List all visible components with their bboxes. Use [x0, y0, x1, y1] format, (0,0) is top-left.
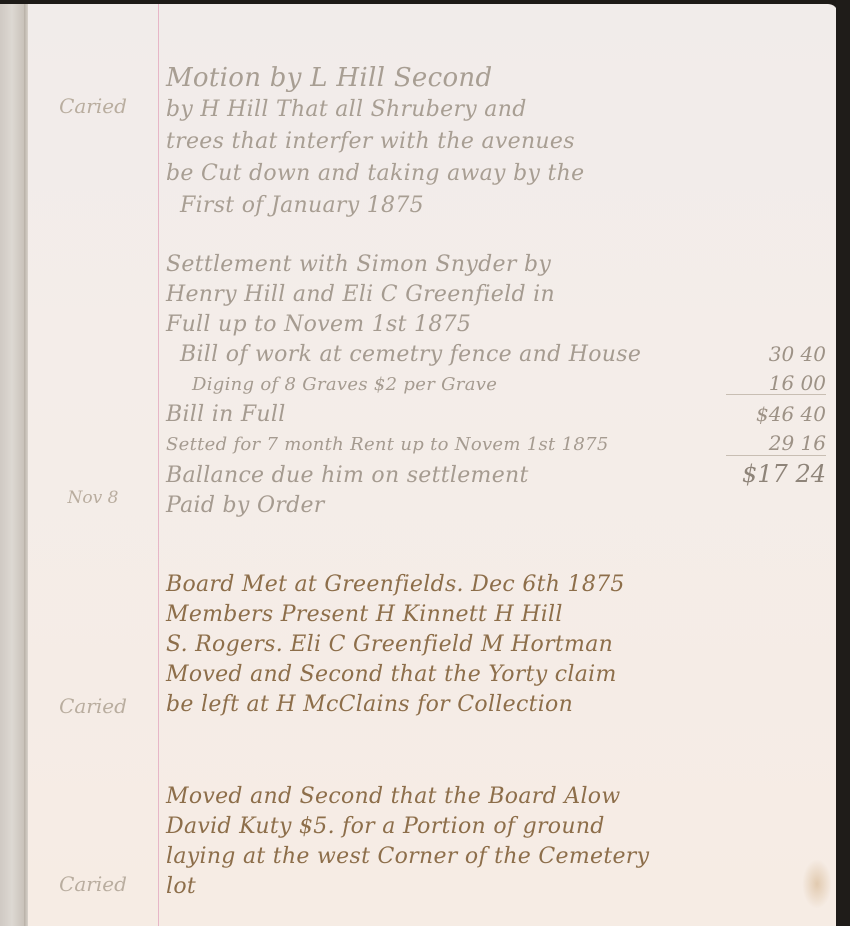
entry-line: Henry Hill and Eli C Greenfield in [166, 280, 826, 310]
entry-line: lot [166, 872, 826, 902]
margin-rule [158, 4, 159, 926]
settlement-item: Diging of 8 Graves $2 per Grave 16 00 [166, 370, 826, 400]
entry-line: Motion by L Hill Second [166, 62, 826, 94]
motion-ground-purchase-entry: Moved and Second that the Board Alow Dav… [166, 782, 826, 902]
entry-line: Settlement with Simon Snyder by [166, 250, 826, 280]
entry-line: trees that interfer with the avenues [166, 126, 826, 158]
ledger-page: Caried Nov 8 Caried Caried Motion by L H… [28, 4, 838, 926]
item-label: Ballance due him on settlement [166, 461, 529, 491]
entry-line: Full up to Novem 1st 1875 [166, 310, 826, 340]
margin-note-carried-2: Caried [38, 694, 148, 718]
book-cover-edge [836, 0, 850, 926]
paper-stain [802, 859, 832, 909]
item-amount: 16 00 [726, 372, 826, 395]
margin-note-carried-3: Caried [38, 872, 148, 896]
item-amount: $17 24 [726, 460, 826, 488]
entry-line: S. Rogers. Eli C Greenfield M Hortman [166, 630, 826, 660]
settlement-item: Ballance due him on settlement $17 24 [166, 460, 826, 491]
item-label: Diging of 8 Graves $2 per Grave [192, 370, 497, 400]
entry-line: First of January 1875 [166, 190, 826, 222]
entry-line: Moved and Second that the Board Alow [166, 782, 826, 812]
entry-line: Board Met at Greenfields. Dec 6th 1875 [166, 570, 826, 600]
motion-shrubbery-entry: Motion by L Hill Second by H Hill That a… [166, 62, 826, 222]
item-amount: 29 16 [726, 431, 826, 456]
board-meeting-entry: Board Met at Greenfields. Dec 6th 1875 M… [166, 570, 826, 720]
item-amount: 30 40 [726, 342, 826, 366]
settlement-item: Setted for 7 month Rent up to Novem 1st … [166, 430, 826, 460]
entry-line: be left at H McClains for Collection [166, 690, 826, 720]
entry-line: by H Hill That all Shrubery and [166, 94, 826, 126]
settlement-entry: Settlement with Simon Snyder by Henry Hi… [166, 250, 826, 521]
settlement-item: Bill of work at cemetry fence and House … [166, 340, 826, 370]
entry-line: David Kuty $5. for a Portion of ground [166, 812, 826, 842]
item-amount: $46 40 [726, 402, 826, 426]
facing-page-edge [0, 4, 25, 926]
entry-line: Members Present H Kinnett H Hill [166, 600, 826, 630]
entry-line: be Cut down and taking away by the [166, 158, 826, 190]
item-label: Setted for 7 month Rent up to Novem 1st … [166, 430, 609, 460]
margin-note-date: Nov 8 [38, 488, 148, 508]
entry-line: Moved and Second that the Yorty claim [166, 660, 826, 690]
item-label: Bill in Full [166, 400, 286, 430]
settlement-footer: Paid by Order [166, 491, 826, 521]
entry-line: laying at the west Corner of the Cemeter… [166, 842, 826, 872]
settlement-item: Bill in Full $46 40 [166, 400, 826, 430]
item-label: Bill of work at cemetry fence and House [180, 340, 641, 370]
margin-note-carried-1: Caried [38, 94, 148, 118]
